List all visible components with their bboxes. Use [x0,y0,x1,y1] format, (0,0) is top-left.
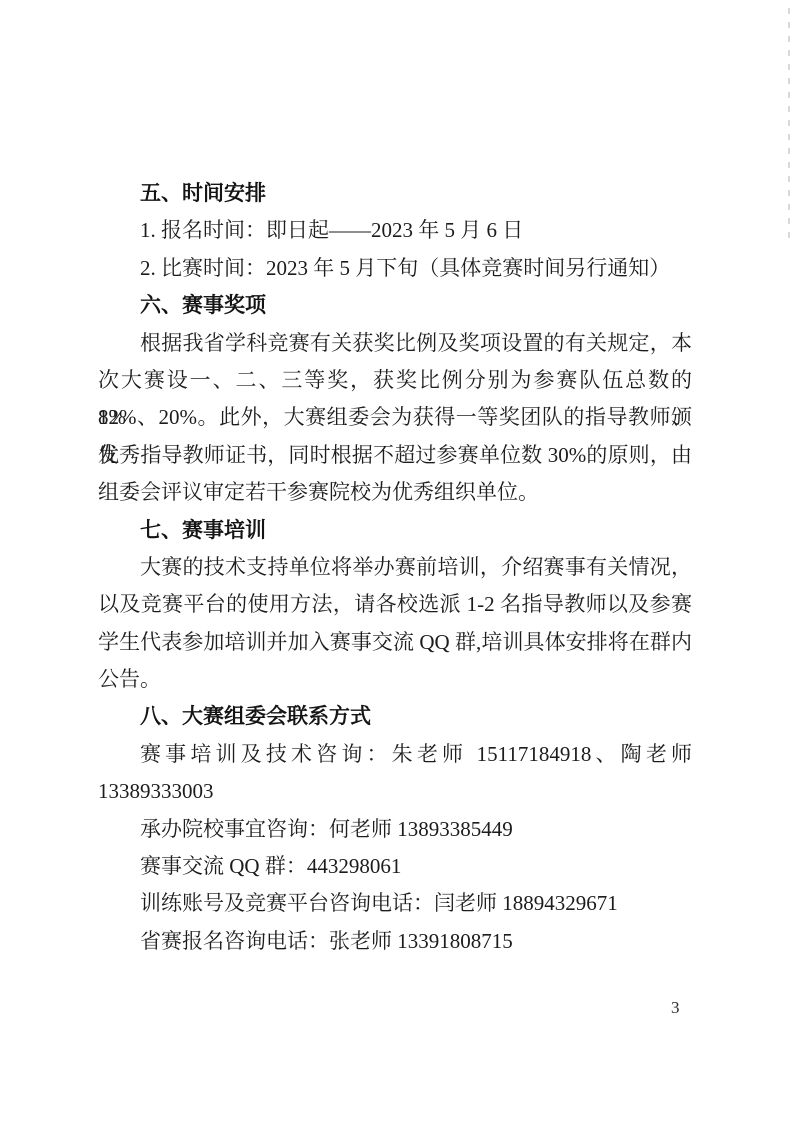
awards-paragraph-line: 12%、20%。此外，大赛组委会为获得一等奖团队的指导教师颁发 [98,399,692,436]
section-heading-contact: 八、大赛组委会联系方式 [98,698,692,735]
contact-line-training-account: 训练账号及竞赛平台咨询电话：闫老师 18894329671 [98,885,692,922]
document-body: 五、时间安排 1. 报名时间：即日起——2023 年 5 月 6 日 2. 比赛… [98,175,692,960]
contact-line-host-school: 承办院校事宜咨询：何老师 13893385449 [98,811,692,848]
training-paragraph-line: 以及竞赛平台的使用方法，请各校选派 1-2 名指导教师以及参赛 [98,586,692,623]
time-item-competition: 2. 比赛时间：2023 年 5 月下旬（具体竞赛时间另行通知） [98,250,692,287]
awards-paragraph-line: 组委会评议审定若干参赛院校为优秀组织单位。 [98,474,692,511]
contact-line-qq-group: 赛事交流 QQ 群：443298061 [98,848,692,885]
time-item-registration: 1. 报名时间：即日起——2023 年 5 月 6 日 [98,212,692,249]
awards-paragraph-line: 优秀指导教师证书，同时根据不超过参赛单位数 30%的原则，由 [98,437,692,474]
contact-line-phone-continuation: 13389333003 [98,773,692,810]
section-heading-time: 五、时间安排 [98,175,692,212]
section-heading-training: 七、赛事培训 [98,512,692,549]
training-paragraph-line: 公告。 [98,661,692,698]
section-heading-awards: 六、赛事奖项 [98,287,692,324]
training-paragraph-line: 大赛的技术支持单位将举办赛前培训，介绍赛事有关情况， [98,549,692,586]
awards-paragraph-line: 次大赛设一、二、三等奖，获奖比例分别为参赛队伍总数的 8%、 [98,362,692,399]
page-number: 3 [671,996,680,1020]
contact-line-tech-support: 赛事培训及技术咨询：朱老师 15117184918、陶老师 [98,736,692,773]
scan-edge-artifact [788,8,790,243]
training-paragraph-line: 学生代表参加培训并加入赛事交流 QQ 群,培训具体安排将在群内 [98,624,692,661]
contact-line-provincial-registration: 省赛报名咨询电话：张老师 13391808715 [98,923,692,960]
awards-paragraph-line: 根据我省学科竞赛有关获奖比例及奖项设置的有关规定，本 [98,325,692,362]
document-page: 五、时间安排 1. 报名时间：即日起——2023 年 5 月 6 日 2. 比赛… [0,0,795,1122]
